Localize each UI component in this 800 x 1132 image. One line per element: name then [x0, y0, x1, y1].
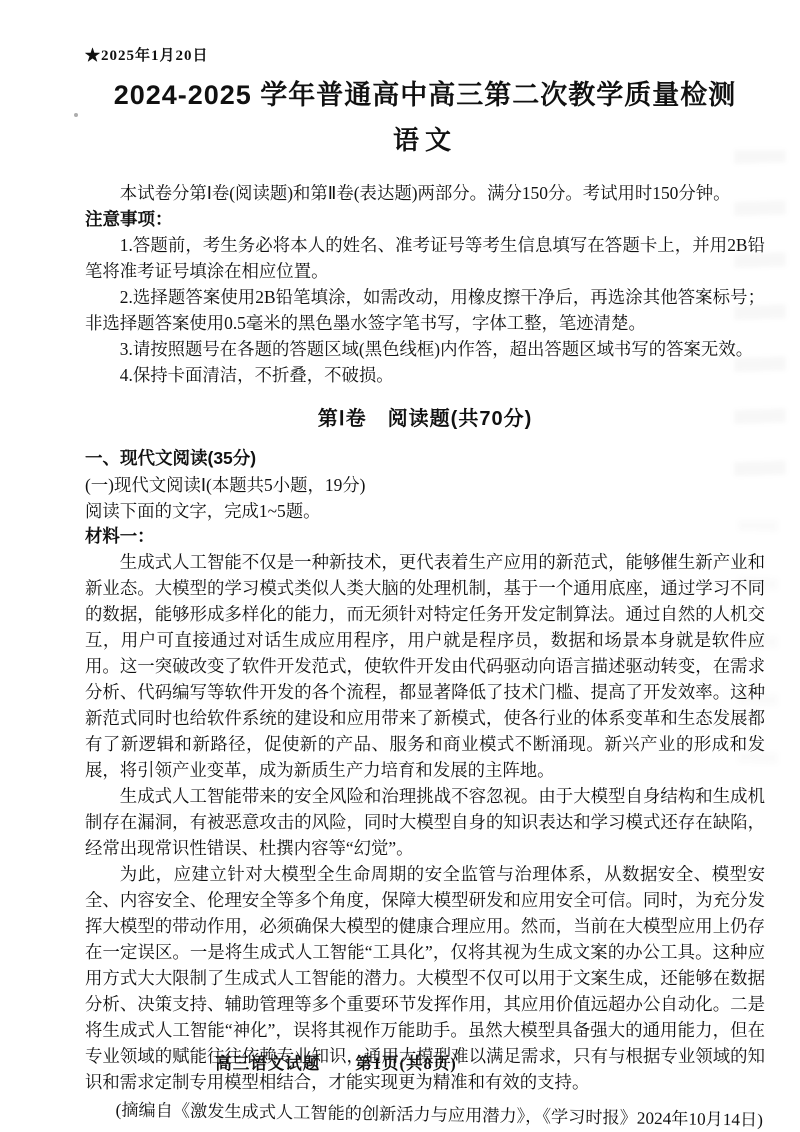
page-footer: 高三语文试题 第1页(共8页) — [0, 1050, 800, 1074]
modern-reading-heading: 一、现代文阅读(35分) — [85, 444, 765, 472]
section-1-heading: 第Ⅰ卷 阅读题(共70分) — [85, 403, 765, 435]
exam-title: 2024-2025 学年普通高中高三第二次教学质量检测 — [85, 78, 765, 112]
reading-prompt: 阅读下面的文字，完成1~5题。 — [85, 499, 765, 524]
material-citation: (摘编自《激发生成式人工智能的创新活力与应用潜力》，《学习时报》2024年10月… — [85, 1097, 765, 1132]
reading-part-heading: (一)现代文阅读Ⅰ(本题共5小题，19分) — [85, 472, 765, 499]
material-1-label: 材料一： — [85, 524, 765, 549]
scanned-exam-page: ★2025年1月20日 2024-2025 学年普通高中高三第二次教学质量检测 … — [0, 0, 800, 1132]
notice-item-3: 3.请按照题号在各题的答题区域(黑色线框)内作答，超出答题区域书写的答案无效。 — [85, 336, 765, 362]
notice-heading: 注意事项： — [85, 206, 765, 232]
exam-date: ★2025年1月20日 — [85, 46, 765, 66]
material-paragraph-1: 生成式人工智能不仅是一种新技术，更代表着生产应用的新范式，能够催生新产业和新业态… — [85, 549, 765, 783]
notice-item-4: 4.保持卡面清洁，不折叠，不破损。 — [85, 362, 765, 388]
scan-speck — [74, 113, 78, 117]
page-content: ★2025年1月20日 2024-2025 学年普通高中高三第二次教学质量检测 … — [85, 46, 765, 1123]
exam-subject: 语文 — [85, 123, 765, 157]
material-paragraph-2: 生成式人工智能带来的安全风险和治理挑战不容忽视。由于大模型自身结构和生成机制存在… — [85, 783, 765, 861]
notice-item-1: 1.答题前，考生务必将本人的姓名、准考证号等考生信息填写在答题卡上，并用2B铅笔… — [85, 232, 765, 284]
notice-item-2: 2.选择题答案使用2B铅笔填涂，如需改动，用橡皮擦干净后，再选涂其他答案标号；非… — [85, 284, 765, 336]
exam-intro: 本试卷分第Ⅰ卷(阅读题)和第Ⅱ卷(表达题)两部分。满分150分。考试用时150分… — [85, 180, 765, 206]
